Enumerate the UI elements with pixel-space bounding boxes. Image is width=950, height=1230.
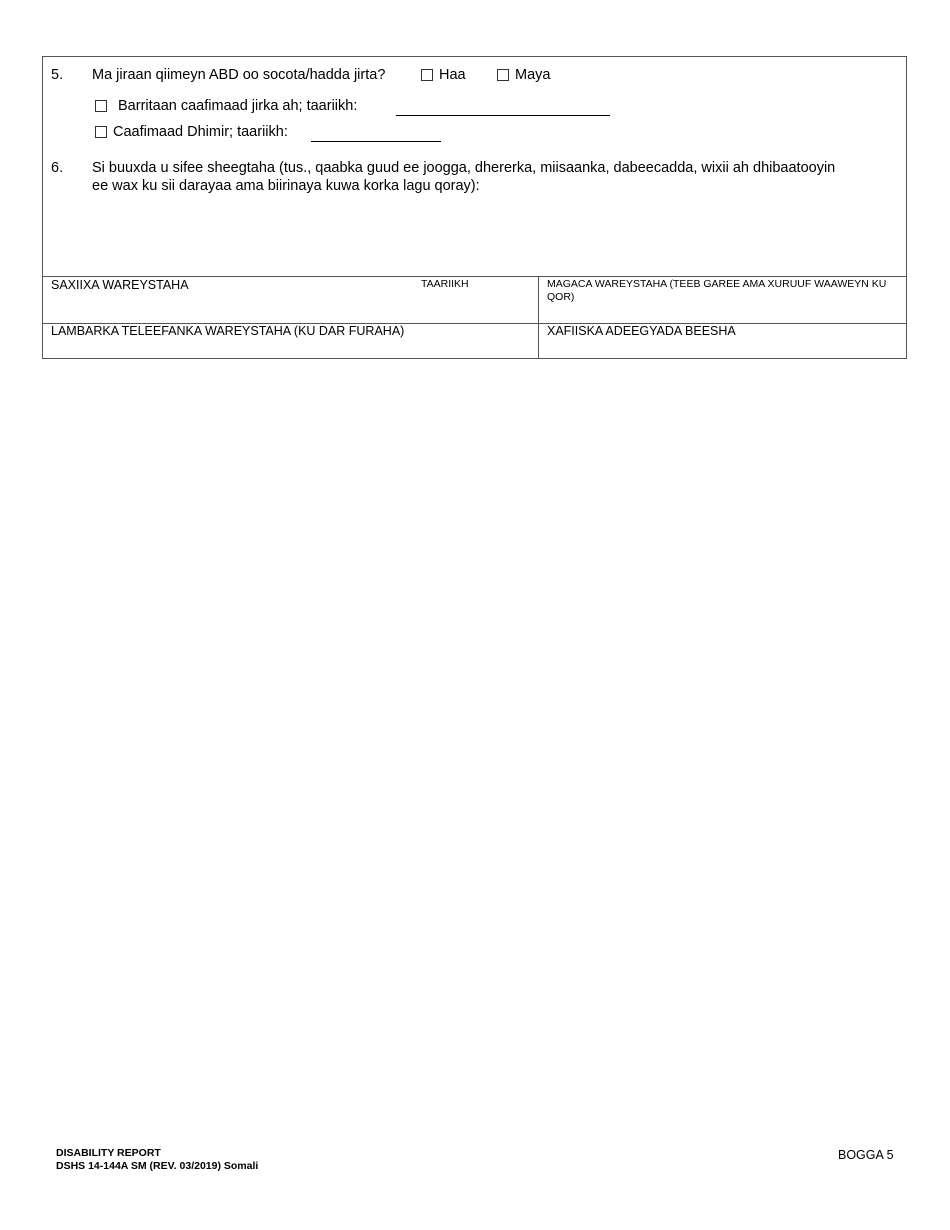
mental-health-checkbox[interactable]	[95, 126, 107, 138]
question-5-number: 5.	[51, 67, 63, 83]
interviewer-name-label: MAGACA WAREYSTAHA (TEEB GAREE AMA XURUUF…	[547, 278, 892, 303]
question-6-number: 6.	[51, 160, 63, 176]
interviewer-phone-label: LAMBARKA TELEEFANKA WAREYSTAHA (KU DAR F…	[51, 324, 404, 338]
mental-health-label: Caafimaad Dhimir; taariikh:	[113, 124, 288, 140]
physical-exam-date-field[interactable]	[396, 115, 610, 116]
interviewer-signature-field[interactable]: SAXIIXA WAREYSTAHA	[43, 277, 443, 323]
office-field[interactable]: XAFIISKA ADEEGYADA BEESHA	[539, 324, 907, 359]
form-section: 5. Ma jiraan qiimeyn ABD oo socota/hadda…	[42, 56, 907, 359]
question-6-text-line2: ee wax ku sii darayaa ama biirinaya kuwa…	[92, 178, 480, 194]
physical-exam-checkbox[interactable]	[95, 100, 107, 112]
question-6-text-line1: Si buuxda u sifee sheegtaha (tus., qaabk…	[92, 160, 835, 176]
haa-checkbox[interactable]	[421, 69, 433, 81]
mental-health-date-field[interactable]	[311, 141, 441, 142]
footer-form-info: DISABILITY REPORT DSHS 14-144A SM (REV. …	[56, 1147, 258, 1172]
question-6-answer-area[interactable]	[92, 199, 892, 273]
physical-exam-label: Barritaan caafimaad jirka ah; taariikh:	[118, 98, 357, 114]
office-label: XAFIISKA ADEEGYADA BEESHA	[547, 324, 736, 338]
question-5-text: Ma jiraan qiimeyn ABD oo socota/hadda ji…	[92, 67, 385, 83]
maya-label: Maya	[515, 67, 550, 83]
interviewer-name-field[interactable]: MAGACA WAREYSTAHA (TEEB GAREE AMA XURUUF…	[539, 277, 907, 323]
signature-date-label: TAARIIKH	[421, 278, 469, 290]
interviewer-phone-field[interactable]: LAMBARKA TELEEFANKA WAREYSTAHA (KU DAR F…	[43, 324, 538, 359]
interviewer-signature-label: SAXIIXA WAREYSTAHA	[51, 278, 189, 292]
form-id: DSHS 14-144A SM (REV. 03/2019) Somali	[56, 1160, 258, 1173]
form-title: DISABILITY REPORT	[56, 1147, 258, 1160]
signature-date-field[interactable]: TAARIIKH	[443, 277, 538, 323]
page-number: BOGGA 5	[838, 1148, 894, 1162]
maya-checkbox[interactable]	[497, 69, 509, 81]
haa-label: Haa	[439, 67, 466, 83]
